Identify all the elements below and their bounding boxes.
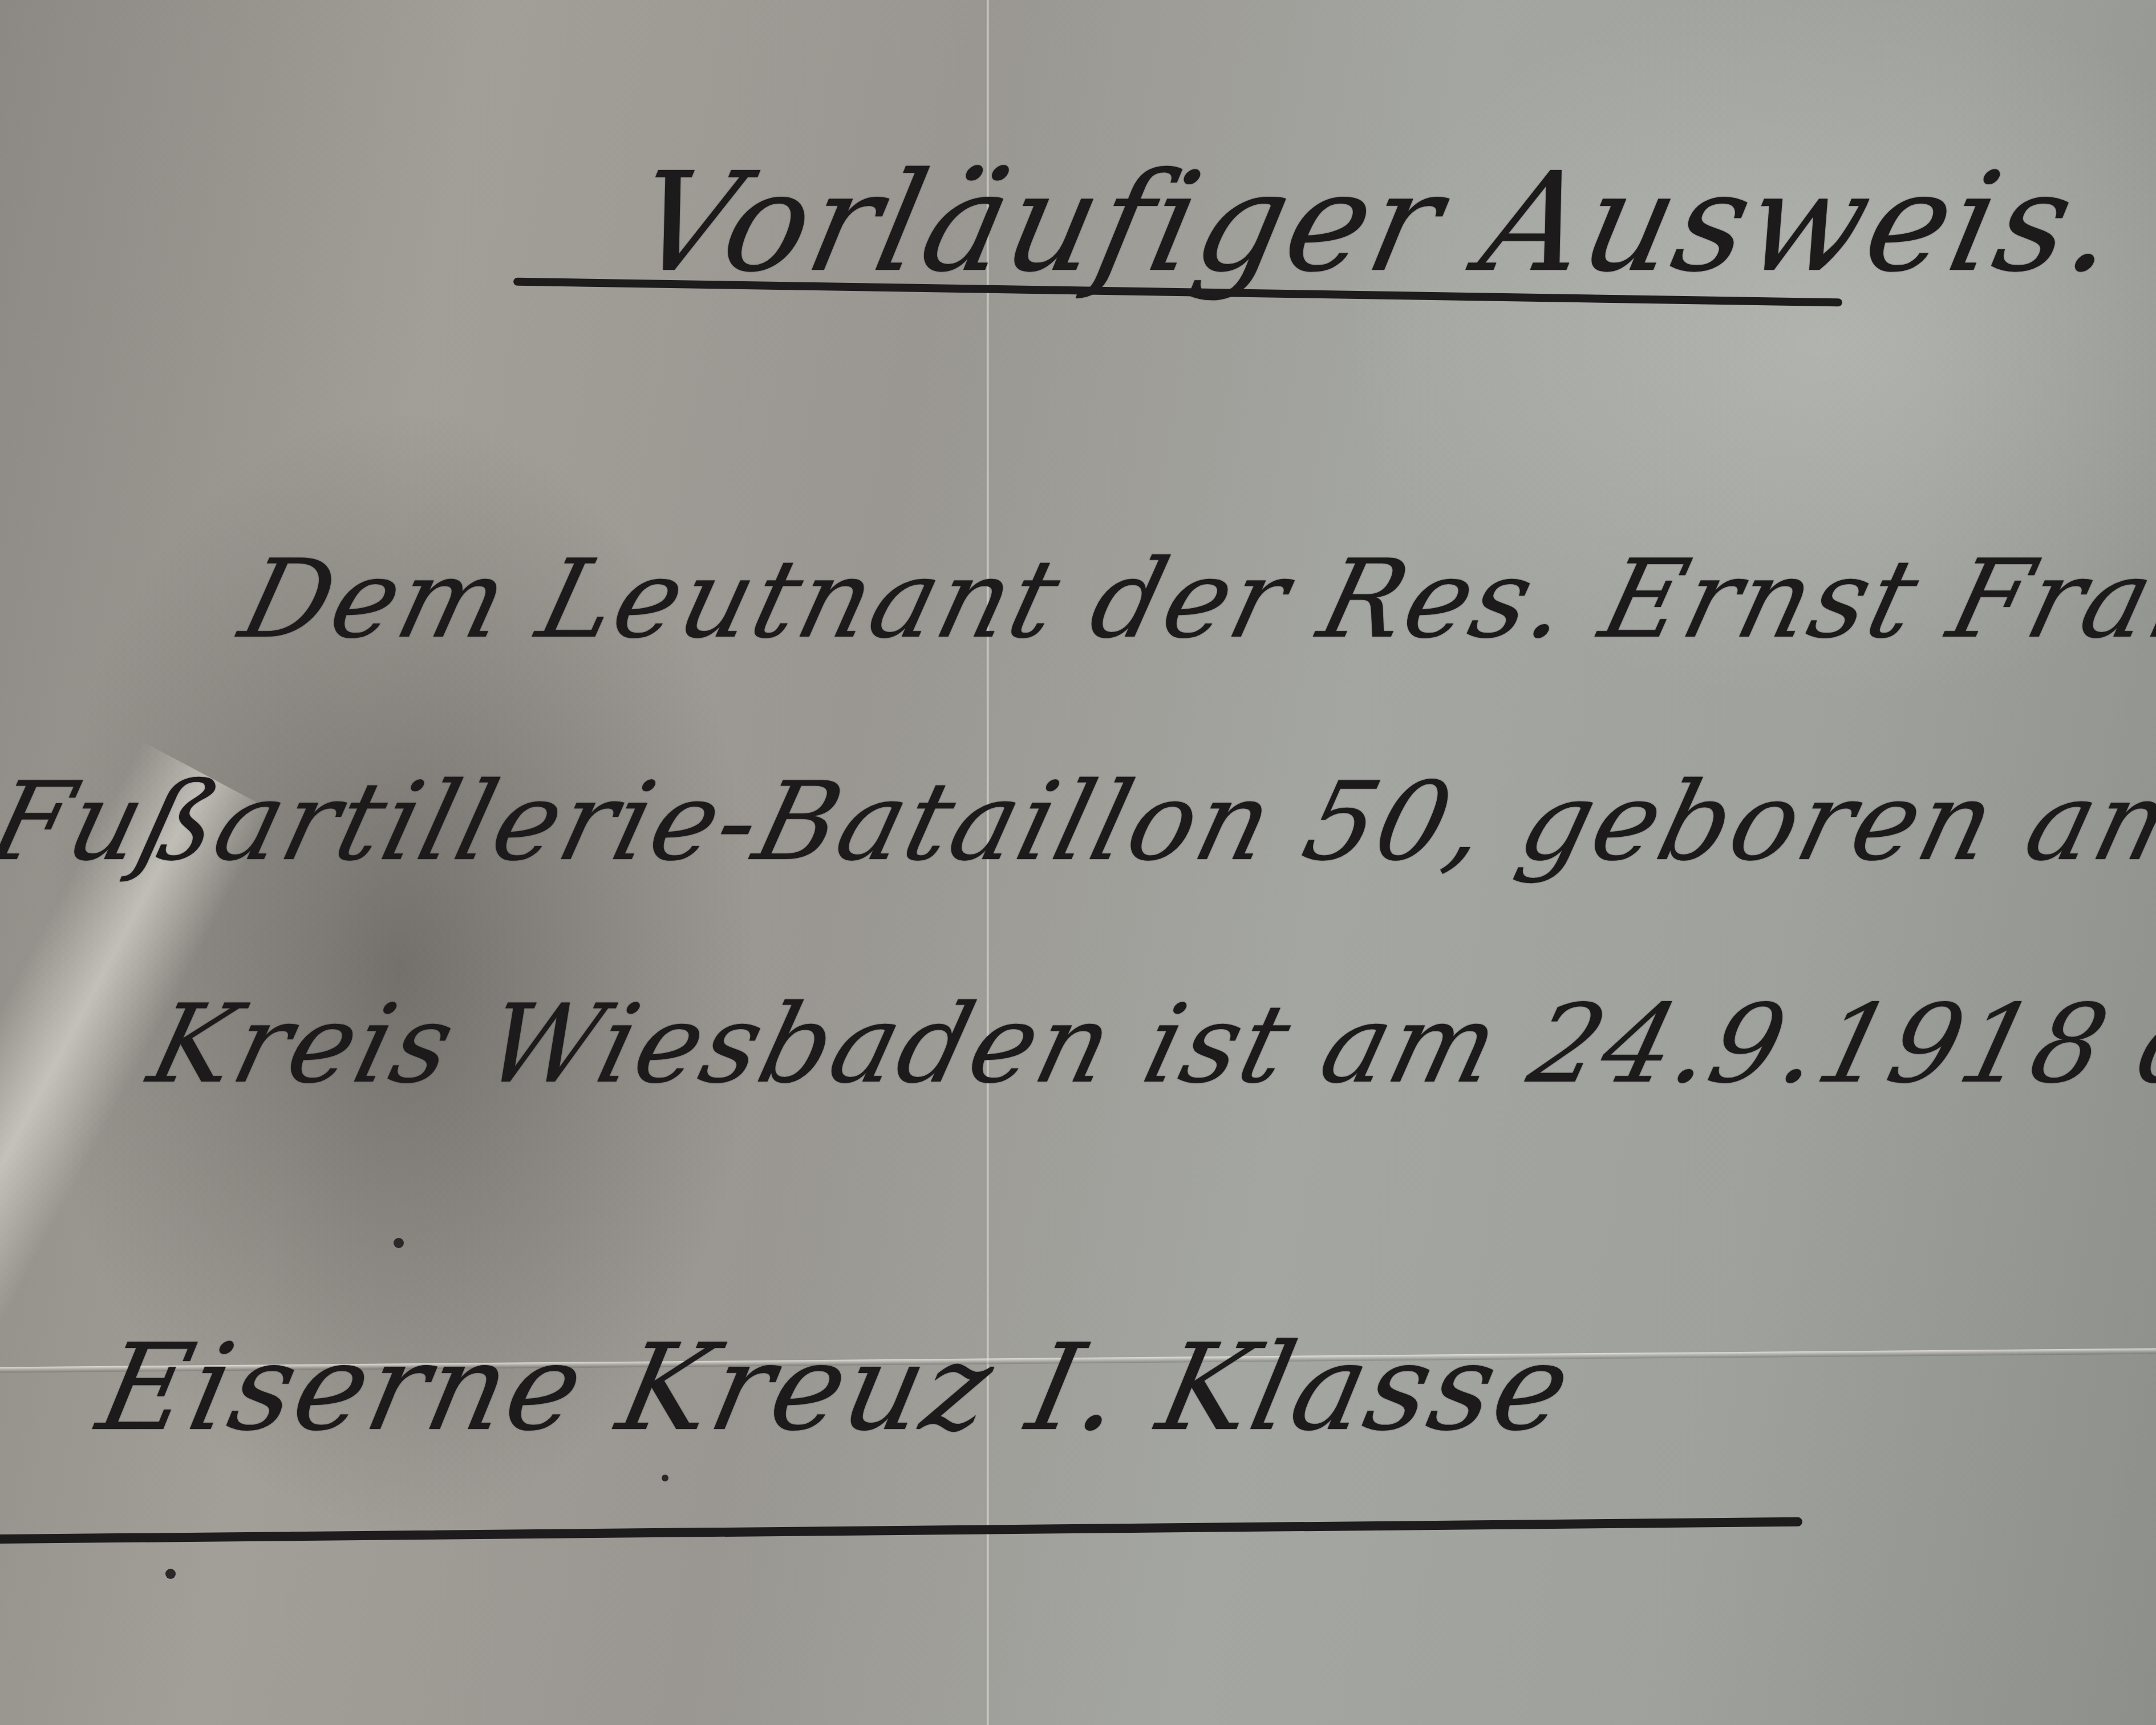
text-line-recipient: Dem Leutnant der Res. Ernst Franz xyxy=(229,536,2156,662)
text-line-award: Eiserne Kreuz I. Klasse xyxy=(88,1318,1584,1457)
document-title: Vorläufiger Ausweis. xyxy=(622,143,2134,302)
ink-speck xyxy=(394,1238,404,1248)
text-line-place-date: Kreis Wiesbaden ist am 24.9.1918 das xyxy=(138,981,2156,1107)
ink-speck xyxy=(165,1569,176,1579)
text-line-unit: Fußartillerie-Bataillon 50, geboren am xyxy=(0,759,2156,885)
ink-speck xyxy=(662,1475,668,1481)
